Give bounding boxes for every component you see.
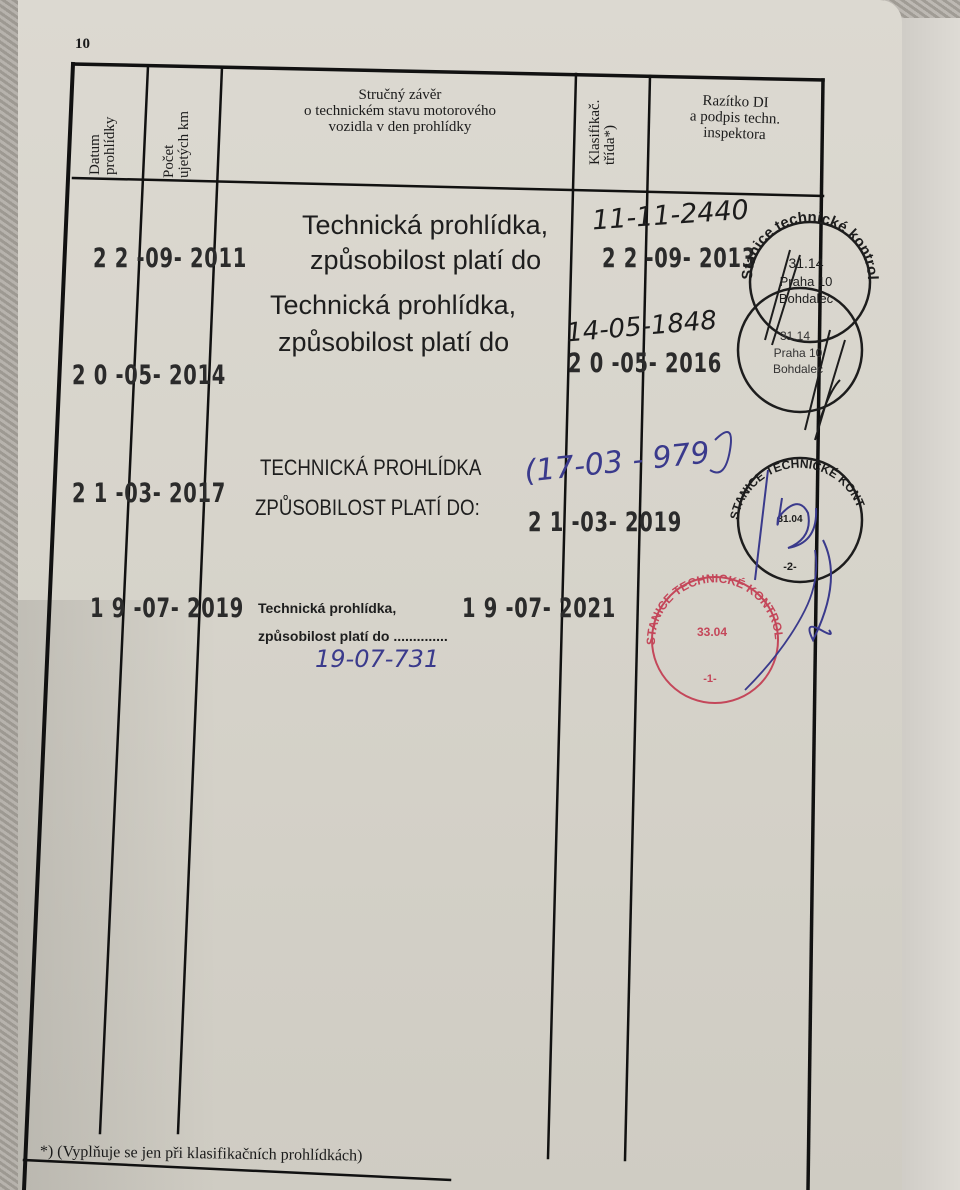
header-class: Klasifikač. třída*): [588, 75, 618, 165]
row4-handwritten: 19-07-731: [315, 645, 439, 673]
row4-valid-until: 1 9 -07- 2021: [462, 593, 616, 624]
header-conclusion-line1: Stručný závěr: [250, 88, 550, 104]
header-date-line1: Datum: [88, 65, 103, 175]
row3-conclusion-line1: TECHNICKÁ PROHLÍDKA: [260, 455, 481, 481]
row1-valid-until: 2 2 -09- 2013: [602, 243, 756, 274]
header-conclusion-line3: vozidla v den prohlídky: [250, 120, 550, 136]
row2-date: 2 0 -05- 2014: [72, 360, 226, 391]
header-class-line1: Klasifikač.: [588, 75, 603, 165]
row4-conclusion-line2: způsobilost platí do ..............: [258, 628, 448, 644]
header-class-line2: třída*): [603, 75, 618, 165]
row2-conclusion-line2: způsobilost platí do: [278, 327, 509, 358]
row3-valid-until: 2 1 -03- 2019: [528, 507, 682, 538]
header-date: Datum prohlídky: [88, 65, 118, 175]
row2-valid-until: 2 0 -05- 2016: [568, 348, 722, 379]
row4-conclusion-line1: Technická prohlídka,: [258, 600, 396, 616]
header-date-line2: prohlídky: [103, 65, 118, 175]
row3-conclusion-line2: ZPŮSOBILOST PLATÍ DO:: [255, 495, 480, 521]
header-stamp: Razítko DI a podpis techn. inspektora: [654, 92, 816, 145]
header-conclusion-line2: o technickém stavu motorového: [250, 104, 550, 120]
row2-conclusion-line1: Technická prohlídka,: [270, 290, 516, 321]
header-conclusion: Stručný závěr o technickém stavu motorov…: [250, 88, 550, 135]
row4-date: 1 9 -07- 2019: [90, 593, 244, 624]
row1-date: 2 2 -09- 2011: [93, 243, 247, 274]
row3-date: 2 1 -03- 2017: [72, 478, 226, 509]
row1-conclusion-line2: způsobilost platí do: [310, 245, 541, 276]
row1-conclusion-line1: Technická prohlídka,: [302, 210, 548, 241]
header-km-line2: ujetých km: [177, 68, 192, 178]
header-km: Počet ujetých km: [162, 68, 192, 178]
header-km-line1: Počet: [162, 68, 177, 178]
